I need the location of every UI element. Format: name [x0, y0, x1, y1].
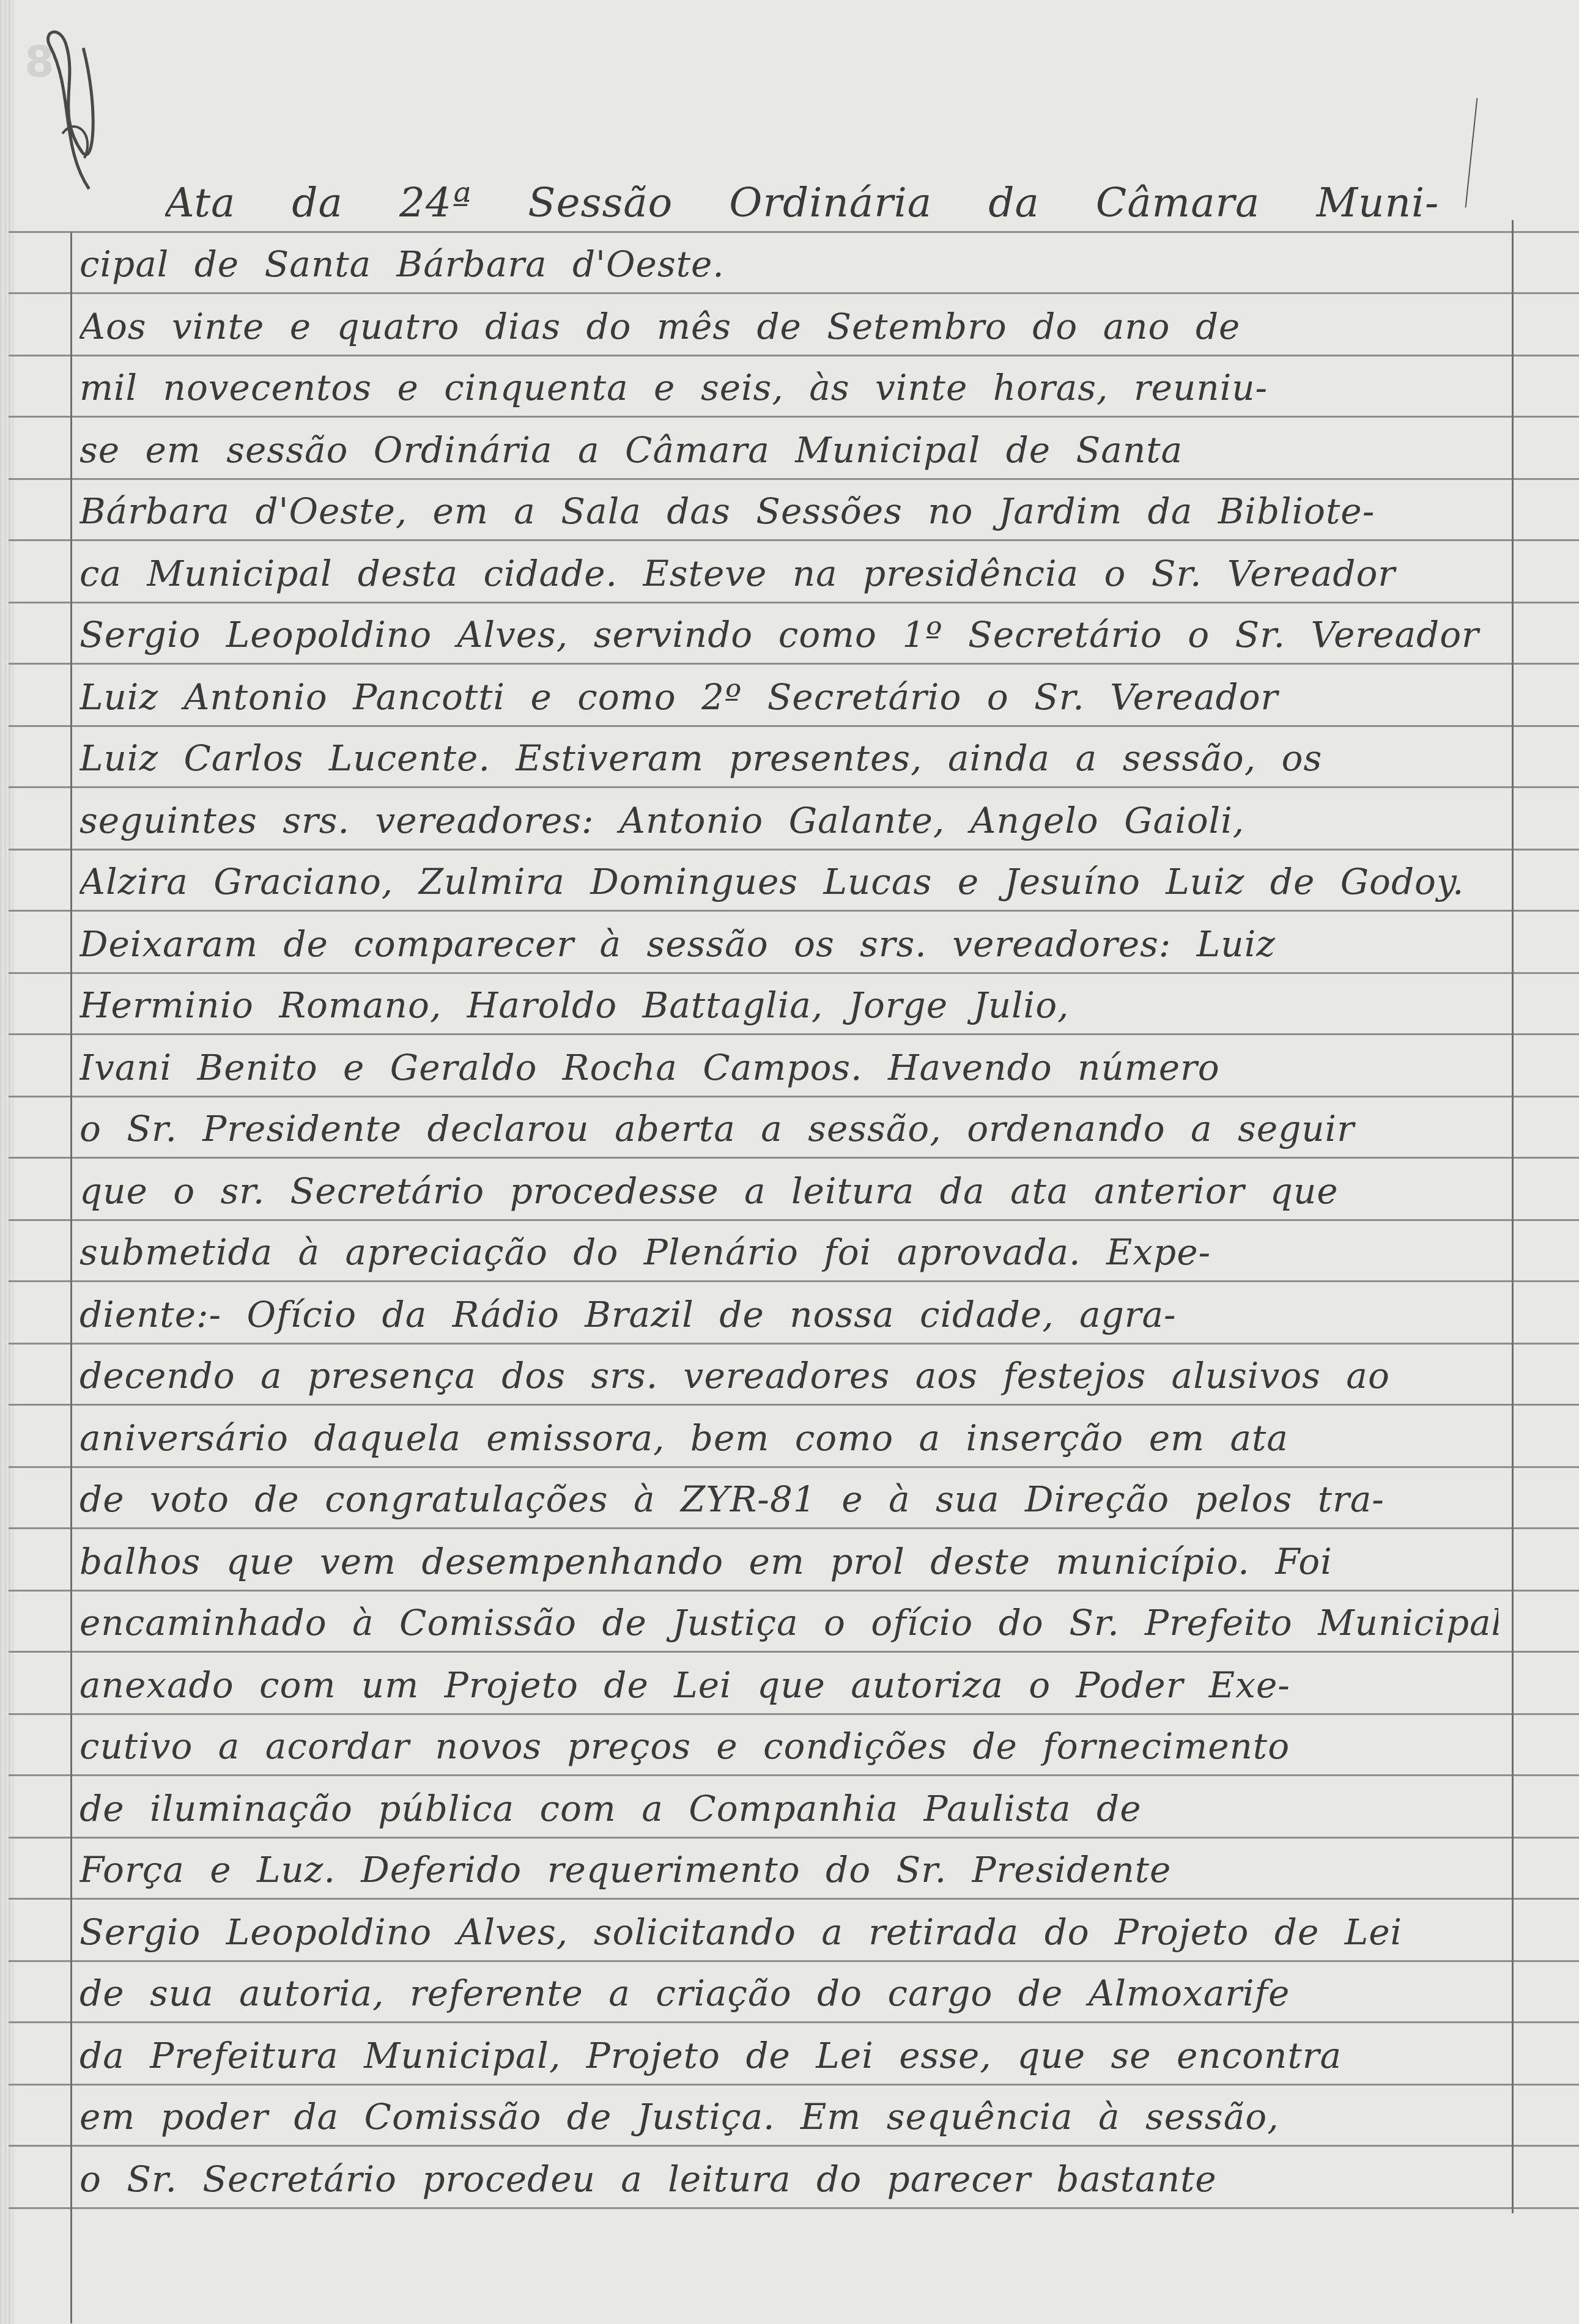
- text-line: Sergio Leopoldino Alves, servindo como 1…: [80, 605, 1498, 664]
- text-line: Luiz Antonio Pancotti e como 2º Secretár…: [80, 668, 1498, 726]
- text-line: em poder da Comissão de Justiça. Em sequ…: [80, 2087, 1498, 2146]
- expediente-line: diente:- Ofício da Rádio Brazil de nossa…: [80, 1285, 1498, 1344]
- text-line: balhos que vem desempenhando em prol des…: [80, 1532, 1498, 1591]
- text-line: Ivani Benito e Geraldo Rocha Campos. Hav…: [80, 1038, 1498, 1097]
- text-line: ca Municipal desta cidade. Esteve na pre…: [80, 544, 1498, 603]
- text-line: de voto de congratulações à ZYR-81 e à s…: [80, 1470, 1498, 1529]
- text-line: anexado com um Projeto de Lei que autori…: [80, 1656, 1498, 1714]
- right-margin-line: [1512, 220, 1514, 2213]
- ledger-page: 8 Ata da 24ª Sessão Ordinária da Câmara …: [0, 0, 1579, 2324]
- text-line: seguintes srs. vereadores: Antonio Galan…: [80, 791, 1498, 850]
- text-line: decendo a presença dos srs. vereadores a…: [80, 1346, 1498, 1405]
- text-line: Sergio Leopoldino Alves, solicitando a r…: [80, 1903, 1498, 1961]
- minutes-title-line: Ata da 24ª Sessão Ordinária da Câmara Mu…: [165, 174, 1579, 232]
- binding-edge: [0, 0, 13, 2324]
- text-line: Bárbara d'Oeste, em a Sala das Sessões n…: [80, 482, 1498, 540]
- text-line: cutivo a acordar novos preços e condiçõe…: [80, 1717, 1498, 1776]
- text-line: da Prefeitura Municipal, Projeto de Lei …: [80, 2026, 1498, 2085]
- text-line: encaminhado à Comissão de Justiça o ofíc…: [80, 1593, 1498, 1652]
- text-line: Força e Luz. Deferido requerimento do Sr…: [80, 1840, 1498, 1899]
- text-line: Aos vinte e quatro dias do mês de Setemb…: [80, 297, 1498, 356]
- text-line: Herminio Romano, Haroldo Battaglia, Jorg…: [80, 976, 1498, 1035]
- text-line: cipal de Santa Bárbara d'Oeste.: [80, 235, 1498, 293]
- text-line: que o sr. Secretário procedesse a leitur…: [80, 1162, 1498, 1220]
- left-margin-line: [70, 232, 72, 2323]
- text-line: Deixaram de comparecer à sessão os srs. …: [80, 915, 1498, 973]
- text-line: de iluminação pública com a Companhia Pa…: [80, 1779, 1498, 1838]
- text-line: se em sessão Ordinária a Câmara Municipa…: [80, 421, 1498, 479]
- margin-initials-signature: [7, 12, 139, 209]
- text-line: mil novecentos e cinquenta e seis, às vi…: [80, 358, 1498, 417]
- text-line: Luiz Carlos Lucente. Estiveram presentes…: [80, 729, 1498, 788]
- text-line: submetida à apreciação do Plenário foi a…: [80, 1223, 1498, 1282]
- text-line: aniversário daquela emissora, bem como a…: [80, 1409, 1498, 1467]
- text-line: o Sr. Secretário procedeu a leitura do p…: [80, 2150, 1498, 2208]
- text-line: o Sr. Presidente declarou aberta a sessã…: [80, 1099, 1498, 1158]
- text-line: de sua autoria, referente a criação do c…: [80, 1964, 1498, 2023]
- text-line: Alzira Graciano, Zulmira Domingues Lucas…: [80, 852, 1498, 911]
